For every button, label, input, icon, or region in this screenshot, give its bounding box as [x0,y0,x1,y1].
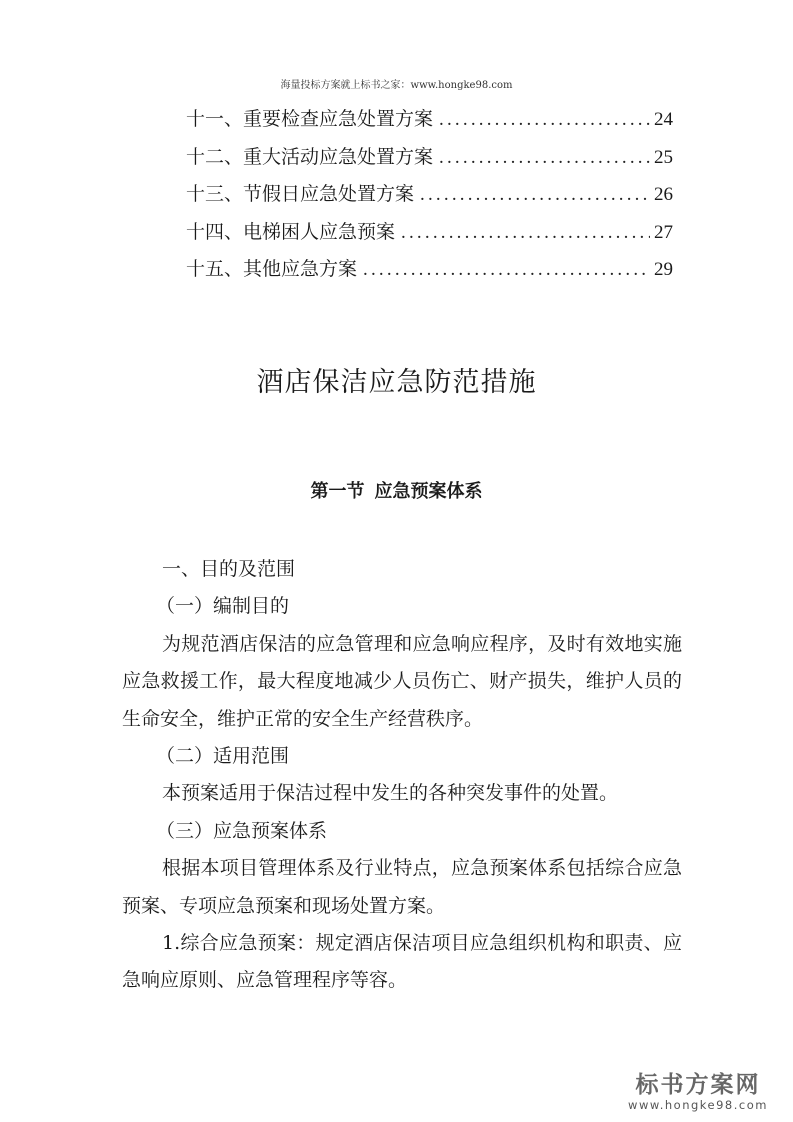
toc-entry-label: 十二、重大活动应急处置方案 [186,142,433,172]
subheading-purpose: （一）编制目的 [122,588,682,625]
paragraph-scope: 本预案适用于保洁过程中发生的各种突发事件的处置。 [122,775,682,812]
watermark-url: www.hongke98.com [613,1098,783,1112]
toc-leader-dots: .............................. [439,143,650,173]
toc-page-number: 26 [654,180,673,210]
toc-leader-dots: ...................................... [401,218,650,248]
header-note: 海量投标方案就上标书之家：www.hongke98.com [0,76,793,91]
toc-page-number: 25 [654,143,673,173]
toc-entry-label: 十五、其他应急方案 [186,254,357,284]
subheading-plan-system: （三）应急预案体系 [122,813,682,850]
paragraph-purpose: 为规范酒店保洁的应急管理和应急响应程序，及时有效地实施应急救援工作，最大程度地减… [122,626,682,738]
toc-entry[interactable]: 十一、重要检查应急处置方案 ..........................… [186,104,673,142]
table-of-contents: 十一、重要检查应急处置方案 ..........................… [186,104,673,292]
toc-leader-dots: .................................. [420,180,650,210]
toc-entry[interactable]: 十二、重大活动应急处置方案 ..........................… [186,142,673,180]
subheading-scope: （二）适用范围 [122,738,682,775]
watermark-title: 标书方案网 [613,1072,783,1098]
toc-leader-dots: ........................................… [363,255,650,285]
document-body: 一、目的及范围 （一）编制目的 为规范酒店保洁的应急管理和应急响应程序，及时有效… [122,551,682,1000]
section-name: 应急预案体系 [375,481,483,502]
toc-page-number: 29 [654,255,673,285]
section-title: 第一节应急预案体系 [0,477,793,503]
toc-entry-label: 十三、节假日应急处置方案 [186,179,414,209]
toc-entry[interactable]: 十四、电梯困人应急预案 ............................… [186,217,673,255]
paragraph-item-1: 1.综合应急预案：规定酒店保洁项目应急组织机构和职责、应急响应原则、应急管理程序… [122,925,682,1000]
document-title: 酒店保洁应急防范措施 [0,360,793,399]
paragraph-plan-system: 根据本项目管理体系及行业特点，应急预案体系包括综合应急预案、专项应急预案和现场处… [122,850,682,925]
section-number: 第一节 [311,481,365,502]
toc-entry[interactable]: 十三、节假日应急处置方案 ...........................… [186,179,673,217]
toc-page-number: 27 [654,218,673,248]
toc-entry-label: 十四、电梯困人应急预案 [186,217,395,247]
heading-purpose-scope: 一、目的及范围 [122,551,682,588]
toc-entry[interactable]: 十五、其他应急方案 ..............................… [186,254,673,292]
toc-leader-dots: .............................. [439,105,650,135]
toc-entry-label: 十一、重要检查应急处置方案 [186,104,433,134]
watermark-logo: 标书方案网 www.hongke98.com [613,1072,783,1112]
toc-page-number: 24 [654,105,673,135]
